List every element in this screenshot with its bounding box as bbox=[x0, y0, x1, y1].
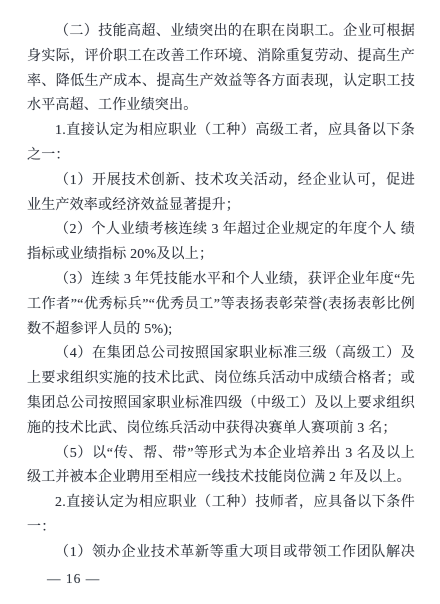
text-line: 水平高超、工作业绩突出。 bbox=[27, 94, 415, 119]
text-line: 业生产效率或经济效益显著提升； bbox=[27, 194, 415, 219]
text-line: 2.直接认定为相应职业（工种）技师者，应具备以下条件之 bbox=[27, 491, 415, 516]
text-line: （4）在集团总公司按照国家职业标准三级（高级工）及以 bbox=[27, 342, 415, 367]
text-line: （1）开展技术创新、技术攻关活动，经企业认可，促进企 bbox=[27, 169, 415, 194]
text-line: 施的技术比武、岗位练兵活动中获得决赛单人赛项前 3 名； bbox=[27, 417, 415, 442]
text-line: （5）以“传、帮、带”等形式为本企业培养出 3 名及以上中 bbox=[27, 442, 415, 467]
text-line: 工作者”“优秀标兵”“优秀员工”等表扬表彰荣誉(表扬表彰比例人 bbox=[27, 293, 415, 318]
text-line: 身实际，评价职工在改善工作环境、消除重复劳动、提高生产效 bbox=[27, 45, 415, 70]
text-line: （2）个人业绩考核连续 3 年超过企业规定的年度个人 绩效 bbox=[27, 218, 415, 243]
page-number: — 16 — bbox=[47, 571, 100, 587]
text-line: （3）连续 3 年凭技能水平和个人业绩，获评企业年度“先进 bbox=[27, 268, 415, 293]
text-line: （1）领办企业技术革新等重大项目或带领工作团队解决重 bbox=[27, 541, 415, 566]
text-line: 上要求组织实施的技术比武、岗位练兵活动中成绩合格者；或在 bbox=[27, 367, 415, 392]
text-line: 一： bbox=[27, 516, 415, 541]
text-line: 集团总公司按照国家职业标准四级（中级工）及以上要求组织实 bbox=[27, 392, 415, 417]
text-line: （二）技能高超、业绩突出的在职在岗职工。企业可根据自 bbox=[27, 20, 415, 45]
text-line: 级工并被本企业聘用至相应一线技术技能岗位满 2 年及以上。 bbox=[27, 466, 415, 491]
text-line: 指标或业绩指标 20%及以上； bbox=[27, 243, 415, 268]
text-line: 数不超参评人员的 5%); bbox=[27, 318, 415, 343]
text-line: 1.直接认定为相应职业（工种）高级工者，应具备以下条件 bbox=[27, 119, 415, 144]
text-line: 率、降低生产成本、提高生产效益等各方面表现，认定职工技能 bbox=[27, 70, 415, 95]
document-page: （二）技能高超、业绩突出的在职在岗职工。企业可根据自 身实际，评价职工在改善工作… bbox=[0, 0, 440, 604]
text-line: 之一： bbox=[27, 144, 415, 169]
document-text-body: （二）技能高超、业绩突出的在职在岗职工。企业可根据自 身实际，评价职工在改善工作… bbox=[27, 20, 415, 566]
